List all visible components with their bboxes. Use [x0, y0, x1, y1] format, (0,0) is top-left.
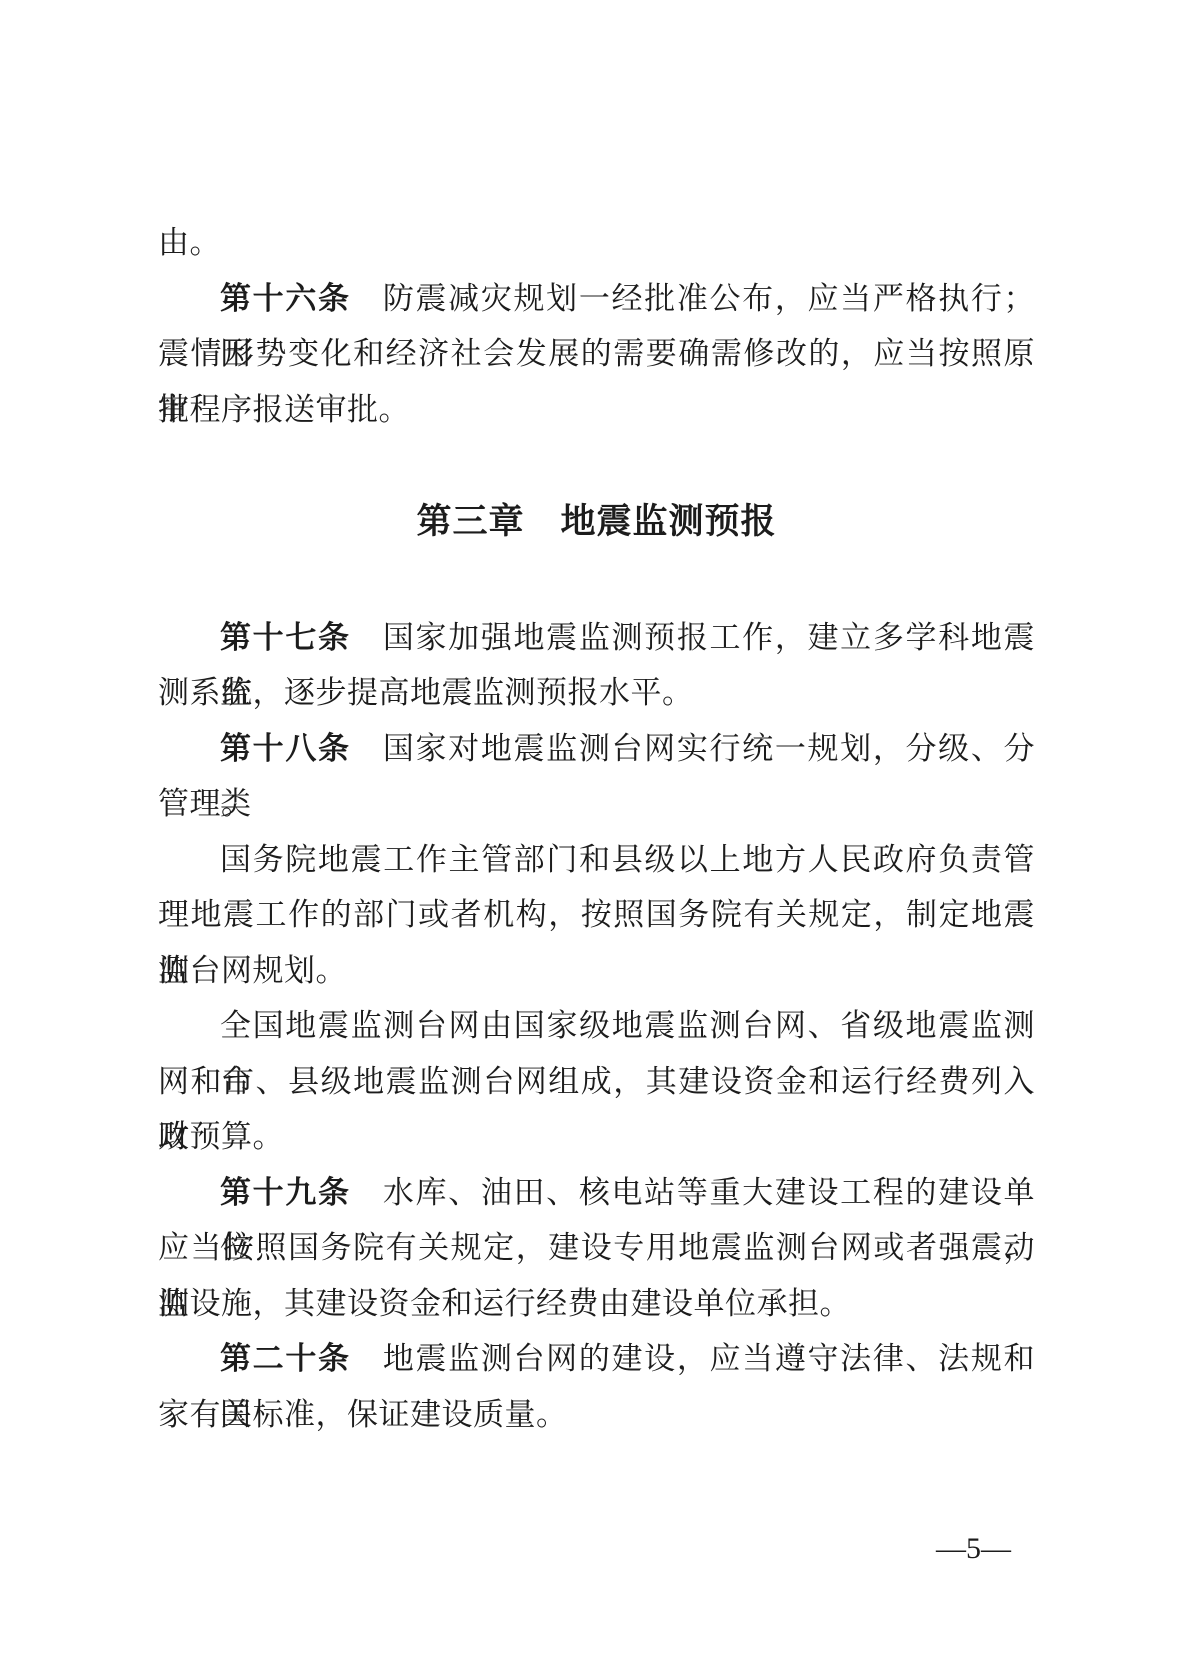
text-line: 管理。 — [158, 776, 1035, 832]
text-line: 全国地震监测台网由国家级地震监测台网、省级地震监测台 — [158, 998, 1035, 1054]
line-text: 测设施，其建设资金和运行经费由建设单位承担。 — [158, 1286, 851, 1321]
text-line: 理地震工作的部门或者机构，按照国务院有关规定，制定地震监 — [158, 887, 1035, 943]
text-line: 测系统，逐步提高地震监测预报水平。 — [158, 665, 1035, 721]
page-number: —5— — [936, 1532, 1011, 1566]
text-line: 批程序报送审批。 — [158, 382, 1035, 438]
text-line: 震情形势变化和经济社会发展的需要确需修改的，应当按照原审 — [158, 326, 1035, 382]
text-line: 家有关标准，保证建设质量。 — [158, 1387, 1035, 1443]
text-line: 第十九条水库、油田、核电站等重大建设工程的建设单位， — [158, 1165, 1035, 1221]
line-text: 批程序报送审批。 — [158, 392, 410, 427]
text-line: 由。 — [158, 215, 1035, 271]
text-line: 应当按照国务院有关规定，建设专用地震监测台网或者强震动监 — [158, 1220, 1035, 1276]
document-body: 由。 第十六条防震减灾规划一经批准公布，应当严格执行；因 震情形势变化和经济社会… — [158, 215, 1035, 1442]
text-line: 政预算。 — [158, 1109, 1035, 1165]
article-number: 第十八条 — [220, 731, 351, 766]
line-text: 管理。 — [158, 786, 253, 821]
article-number: 第十九条 — [220, 1175, 351, 1210]
chapter-heading: 第三章 地震监测预报 — [158, 494, 1035, 550]
line-text: 由。 — [158, 225, 221, 260]
text-line: 第十七条国家加强地震监测预报工作，建立多学科地震监 — [158, 610, 1035, 666]
line-text: 政预算。 — [158, 1119, 284, 1154]
text-line: 测台网规划。 — [158, 943, 1035, 999]
line-text: 测系统，逐步提高地震监测预报水平。 — [158, 675, 694, 710]
line-text: 家有关标准，保证建设质量。 — [158, 1397, 568, 1432]
text-line: 网和市、县级地震监测台网组成，其建设资金和运行经费列入财 — [158, 1054, 1035, 1110]
text-line: 测设施，其建设资金和运行经费由建设单位承担。 — [158, 1276, 1035, 1332]
text-line: 第二十条地震监测台网的建设，应当遵守法律、法规和国 — [158, 1331, 1035, 1387]
line-text: 国务院地震工作主管部门和县级以上地方人民政府负责管 — [220, 842, 1035, 877]
text-line: 第十八条国家对地震监测台网实行统一规划，分级、分类 — [158, 721, 1035, 777]
article-number: 第二十条 — [220, 1341, 351, 1376]
document-page: 由。 第十六条防震减灾规划一经批准公布，应当严格执行；因 震情形势变化和经济社会… — [0, 0, 1185, 1678]
line-text: 测台网规划。 — [158, 953, 347, 988]
article-number: 第十七条 — [220, 620, 351, 655]
article-number: 第十六条 — [220, 281, 351, 316]
text-line: 国务院地震工作主管部门和县级以上地方人民政府负责管 — [158, 832, 1035, 888]
text-line: 第十六条防震减灾规划一经批准公布，应当严格执行；因 — [158, 271, 1035, 327]
